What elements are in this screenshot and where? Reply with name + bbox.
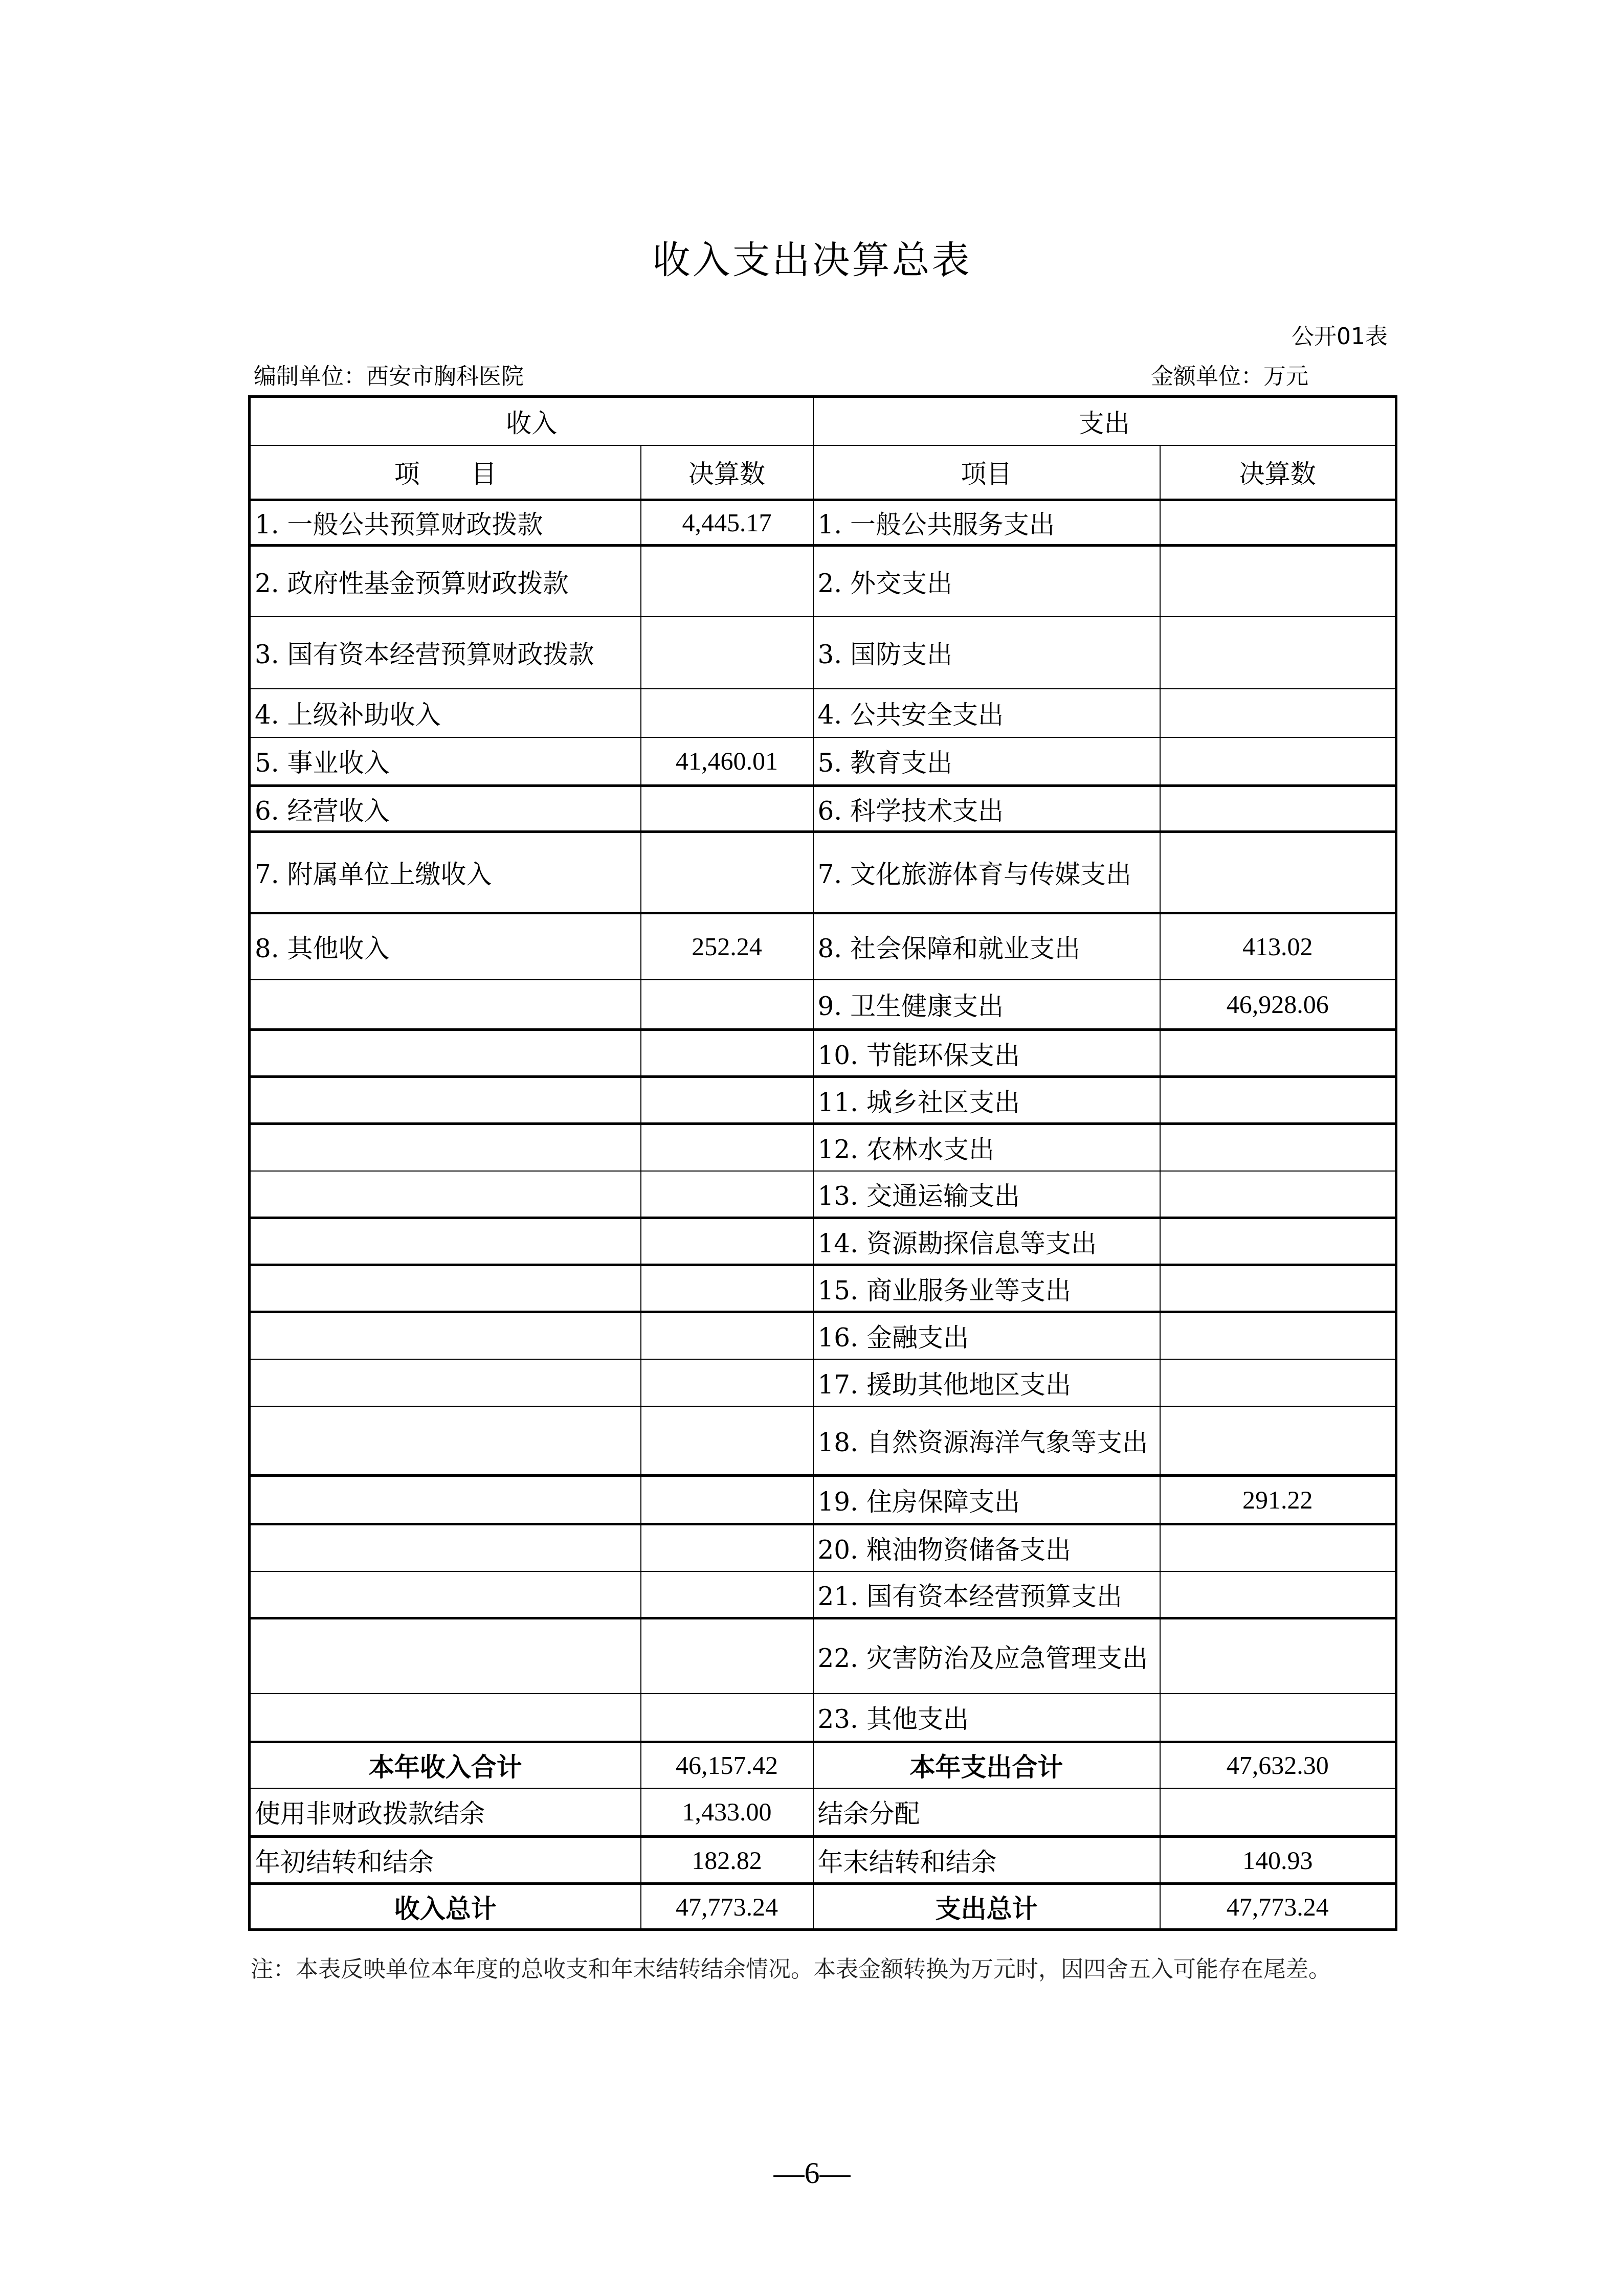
income-item xyxy=(250,1218,641,1265)
column-header-row: 项 目 决算数 项目 决算数 xyxy=(250,445,1396,500)
income-amount xyxy=(641,1571,813,1618)
table-row: 23. 其他支出 xyxy=(250,1694,1396,1742)
expense-amount xyxy=(1160,1124,1396,1171)
expense-item: 17. 援助其他地区支出 xyxy=(813,1359,1160,1406)
expense-amount xyxy=(1160,832,1396,913)
table-row: 8. 其他收入 252.24 8. 社会保障和就业支出 413.02 xyxy=(250,913,1396,980)
income-amount xyxy=(641,1077,813,1124)
income-item xyxy=(250,1312,641,1359)
income-amount: 41,460.01 xyxy=(641,737,813,786)
income-amount xyxy=(641,1359,813,1406)
table-row: 4. 上级补助收入 4. 公共安全支出 xyxy=(250,689,1396,737)
expense-item: 20. 粮油物资储备支出 xyxy=(813,1524,1160,1571)
income-item: 8. 其他收入 xyxy=(250,913,641,980)
expense-amount xyxy=(1160,617,1396,689)
income-amount xyxy=(641,1476,813,1524)
expense-item: 11. 城乡社区支出 xyxy=(813,1077,1160,1124)
expense-item: 23. 其他支出 xyxy=(813,1694,1160,1742)
expense-amount xyxy=(1160,546,1396,617)
table-row: 3. 国有资本经营预算财政拨款 3. 国防支出 xyxy=(250,617,1396,689)
income-item: 3. 国有资本经营预算财政拨款 xyxy=(250,617,641,689)
expense-amount xyxy=(1160,1694,1396,1742)
expense-amount-header: 决算数 xyxy=(1160,445,1396,500)
income-item xyxy=(250,1077,641,1124)
expense-item: 2. 外交支出 xyxy=(813,546,1160,617)
income-amount xyxy=(641,980,813,1030)
income-item: 1. 一般公共预算财政拨款 xyxy=(250,500,641,546)
expense-amount: 46,928.06 xyxy=(1160,980,1396,1030)
table-row: 21. 国有资本经营预算支出 xyxy=(250,1571,1396,1618)
expense-amount xyxy=(1160,1030,1396,1077)
year-expense-total: 47,632.30 xyxy=(1160,1742,1396,1788)
income-item xyxy=(250,1406,641,1476)
non-fiscal-surplus-label: 使用非财政拨款结余 xyxy=(250,1788,641,1837)
table-row: 2. 政府性基金预算财政拨款 2. 外交支出 xyxy=(250,546,1396,617)
income-amount: 4,445.17 xyxy=(641,500,813,546)
expense-item: 16. 金融支出 xyxy=(813,1312,1160,1359)
income-item xyxy=(250,1124,641,1171)
expense-section-header: 支出 xyxy=(813,397,1396,445)
compiling-unit: 编制单位：西安市胸科医院 xyxy=(254,358,524,391)
expense-item: 3. 国防支出 xyxy=(813,617,1160,689)
expense-amount xyxy=(1160,500,1396,546)
page-title: 收入支出决算总表 xyxy=(0,230,1624,284)
expense-item: 5. 教育支出 xyxy=(813,737,1160,786)
income-item xyxy=(250,1694,641,1742)
income-expense-table: 收入 支出 项 目 决算数 项目 决算数 1. 一般公共预算财政拨款 4,445… xyxy=(248,395,1397,1931)
expense-amount xyxy=(1160,1265,1396,1312)
expense-item: 6. 科学技术支出 xyxy=(813,786,1160,832)
expense-item: 12. 农林水支出 xyxy=(813,1124,1160,1171)
carryover-row: 年初结转和结余 182.82 年末结转和结余 140.93 xyxy=(250,1837,1396,1884)
income-amount xyxy=(641,1312,813,1359)
income-amount xyxy=(641,1618,813,1694)
income-amount xyxy=(641,1694,813,1742)
table-row: 19. 住房保障支出 291.22 xyxy=(250,1476,1396,1524)
table-row: 7. 附属单位上缴收入 7. 文化旅游体育与传媒支出 xyxy=(250,832,1396,913)
expense-item: 13. 交通运输支出 xyxy=(813,1171,1160,1218)
table-row: 16. 金融支出 xyxy=(250,1312,1396,1359)
income-amount xyxy=(641,1218,813,1265)
expense-amount xyxy=(1160,689,1396,737)
income-item: 5. 事业收入 xyxy=(250,737,641,786)
expense-amount xyxy=(1160,1171,1396,1218)
table-row: 18. 自然资源海洋气象等支出 xyxy=(250,1406,1396,1476)
table-row: 11. 城乡社区支出 xyxy=(250,1077,1396,1124)
expense-amount xyxy=(1160,1359,1396,1406)
expense-item: 14. 资源勘探信息等支出 xyxy=(813,1218,1160,1265)
income-item xyxy=(250,1618,641,1694)
expense-item: 19. 住房保障支出 xyxy=(813,1476,1160,1524)
year-income-total-label: 本年收入合计 xyxy=(250,1742,641,1788)
income-item xyxy=(250,1524,641,1571)
table-row: 1. 一般公共预算财政拨款 4,445.17 1. 一般公共服务支出 xyxy=(250,500,1396,546)
expense-grand-total: 47,773.24 xyxy=(1160,1884,1396,1930)
income-amount-header: 决算数 xyxy=(641,445,813,500)
table-row: 17. 援助其他地区支出 xyxy=(250,1359,1396,1406)
grand-total-row: 收入总计 47,773.24 支出总计 47,773.24 xyxy=(250,1884,1396,1930)
expense-amount xyxy=(1160,737,1396,786)
income-item: 4. 上级补助收入 xyxy=(250,689,641,737)
end-carryover-label: 年末结转和结余 xyxy=(813,1837,1160,1884)
year-income-total: 46,157.42 xyxy=(641,1742,813,1788)
table-row: 6. 经营收入 6. 科学技术支出 xyxy=(250,786,1396,832)
expense-amount xyxy=(1160,1571,1396,1618)
expense-item: 21. 国有资本经营预算支出 xyxy=(813,1571,1160,1618)
income-amount xyxy=(641,617,813,689)
income-item xyxy=(250,1265,641,1312)
income-amount xyxy=(641,1524,813,1571)
income-item xyxy=(250,1359,641,1406)
income-item xyxy=(250,980,641,1030)
year-total-row: 本年收入合计 46,157.42 本年支出合计 47,632.30 xyxy=(250,1742,1396,1788)
expense-amount xyxy=(1160,1524,1396,1571)
income-section-header: 收入 xyxy=(250,397,813,445)
income-item-header: 项 目 xyxy=(250,445,641,500)
income-amount: 252.24 xyxy=(641,913,813,980)
income-amount xyxy=(641,786,813,832)
income-item xyxy=(250,1476,641,1524)
income-item xyxy=(250,1030,641,1077)
income-grand-total-label: 收入总计 xyxy=(250,1884,641,1930)
income-amount xyxy=(641,1030,813,1077)
expense-item: 4. 公共安全支出 xyxy=(813,689,1160,737)
expense-item: 15. 商业服务业等支出 xyxy=(813,1265,1160,1312)
expense-item: 1. 一般公共服务支出 xyxy=(813,500,1160,546)
section-header-row: 收入 支出 xyxy=(250,397,1396,445)
income-grand-total: 47,773.24 xyxy=(641,1884,813,1930)
income-item: 6. 经营收入 xyxy=(250,786,641,832)
expense-amount: 291.22 xyxy=(1160,1476,1396,1524)
expense-amount xyxy=(1160,1406,1396,1476)
income-item xyxy=(250,1571,641,1618)
begin-carryover: 182.82 xyxy=(641,1837,813,1884)
expense-grand-total-label: 支出总计 xyxy=(813,1884,1160,1930)
income-amount xyxy=(641,1406,813,1476)
non-fiscal-surplus: 1,433.00 xyxy=(641,1788,813,1837)
income-amount xyxy=(641,832,813,913)
income-item xyxy=(250,1171,641,1218)
income-item: 2. 政府性基金预算财政拨款 xyxy=(250,546,641,617)
amount-unit: 金额单位：万元 xyxy=(1151,358,1308,391)
expense-amount xyxy=(1160,1618,1396,1694)
page-number: —6— xyxy=(0,2155,1624,2191)
expense-amount: 413.02 xyxy=(1160,913,1396,980)
expense-item: 8. 社会保障和就业支出 xyxy=(813,913,1160,980)
expense-item: 7. 文化旅游体育与传媒支出 xyxy=(813,832,1160,913)
expense-amount xyxy=(1160,1077,1396,1124)
surplus-row: 使用非财政拨款结余 1,433.00 结余分配 xyxy=(250,1788,1396,1837)
expense-item: 18. 自然资源海洋气象等支出 xyxy=(813,1406,1160,1476)
expense-item: 22. 灾害防治及应急管理支出 xyxy=(813,1618,1160,1694)
expense-amount xyxy=(1160,786,1396,832)
expense-amount xyxy=(1160,1312,1396,1359)
table-row: 12. 农林水支出 xyxy=(250,1124,1396,1171)
table-row: 22. 灾害防治及应急管理支出 xyxy=(250,1618,1396,1694)
table-row: 10. 节能环保支出 xyxy=(250,1030,1396,1077)
expense-item-header: 项目 xyxy=(813,445,1160,500)
income-amount xyxy=(641,546,813,617)
expense-item: 9. 卫生健康支出 xyxy=(813,980,1160,1030)
income-amount xyxy=(641,1171,813,1218)
surplus-distribution-label: 结余分配 xyxy=(813,1788,1160,1837)
table-row: 9. 卫生健康支出 46,928.06 xyxy=(250,980,1396,1030)
income-amount xyxy=(641,1124,813,1171)
expense-amount xyxy=(1160,1218,1396,1265)
end-carryover: 140.93 xyxy=(1160,1837,1396,1884)
year-expense-total-label: 本年支出合计 xyxy=(813,1742,1160,1788)
form-number: 公开01表 xyxy=(1292,318,1388,351)
income-amount xyxy=(641,689,813,737)
table-row: 20. 粮油物资储备支出 xyxy=(250,1524,1396,1571)
table-row: 5. 事业收入 41,460.01 5. 教育支出 xyxy=(250,737,1396,786)
begin-carryover-label: 年初结转和结余 xyxy=(250,1837,641,1884)
table-row: 13. 交通运输支出 xyxy=(250,1171,1396,1218)
table-row: 15. 商业服务业等支出 xyxy=(250,1265,1396,1312)
expense-item: 10. 节能环保支出 xyxy=(813,1030,1160,1077)
surplus-distribution xyxy=(1160,1788,1396,1837)
income-amount xyxy=(641,1265,813,1312)
income-item: 7. 附属单位上缴收入 xyxy=(250,832,641,913)
table-row: 14. 资源勘探信息等支出 xyxy=(250,1218,1396,1265)
table-note: 注：本表反映单位本年度的总收支和年末结转结余情况。本表金额转换为万元时，因四舍五… xyxy=(251,1951,1331,1984)
